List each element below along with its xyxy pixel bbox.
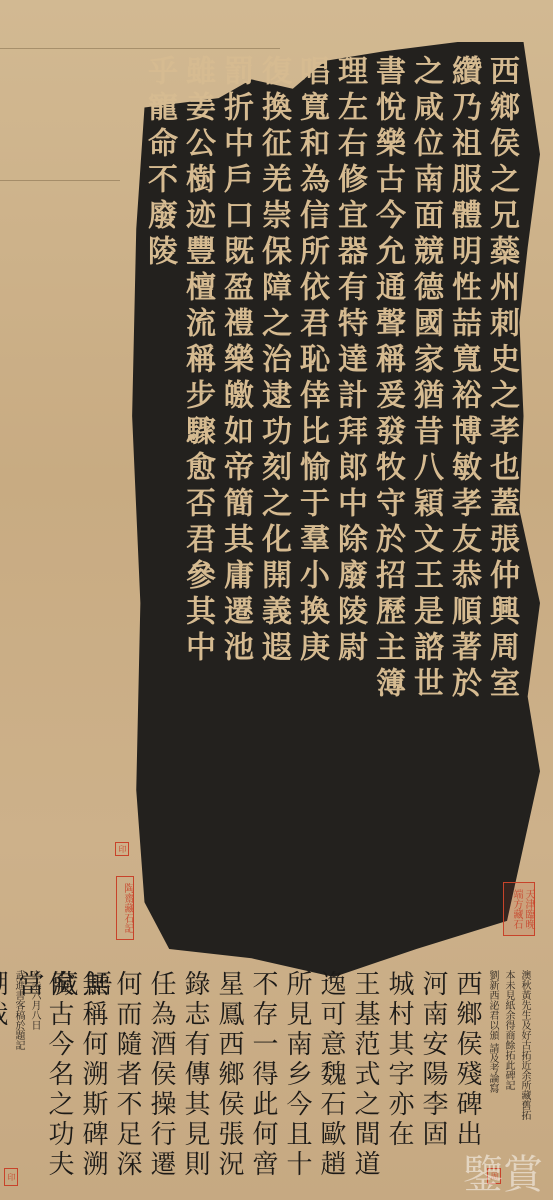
paper-crease [0,180,120,181]
stele-column: 復換征羌崇保障之治逮功刻之化開義遐 [256,55,292,775]
colophon-column: 河南安陽李固 [418,970,448,1195]
small-seal-left: 印 [115,842,129,856]
signature-seal: 印 [4,1168,18,1186]
colophon-column: 任為酒侯操行遷 [146,970,176,1195]
colophon-column: 錄志有傳其見則 [180,970,210,1195]
stele-column: 理左右修宜器有特達計拜郎中除廢陵尉 [332,55,368,775]
paper-crease [0,48,280,49]
colophon-column: 城村其字亦在 [384,970,414,1195]
stele-column: 纘乃祖服體明性喆寬裕博敏孝友恭順著於 [446,55,482,775]
colophon-column: 不存一得此何啻 [248,970,278,1195]
date-line: 辛未六月八日 [28,970,40,1195]
stele-column: 罰折中戶口既盈禮樂皦如帝簡其庸遷池 [218,55,254,775]
stele-column: 書悅樂古今允通聲稱爰發牧守於招歷主簿 [370,55,406,775]
colophon-column: 星鳳西鄉侯張況 [214,970,244,1195]
watermark: 鑒賞 [463,1143,543,1200]
colophon-column: 俟古今名之功夫當 [44,970,74,1195]
colophon-column: 所見南乡今且十 [282,970,312,1195]
colophon-column: 逸可意魏石歐趙 [316,970,346,1195]
stele-column: 之咸位南面競德國家猶昔八穎文王是諮世 [408,55,444,775]
colophon: 澳秋黃先生及好古拓近余所藏舊拓 本未見紙余得商餘拓此碑記 劉新西泌君以頒 請及考… [10,970,530,1195]
colophon-column: 王基范式之間道 [350,970,380,1195]
date-line: 武進書客稿於題記 [12,970,24,1195]
collector-seal-left: 陶齋藏石記 [116,876,134,940]
stele-text: 西鄉侯之兄蘂州刺史之孝也蓋張仲興周室 纘乃祖服體明性喆寬裕博敏孝友恭順著於 之咸… [140,55,520,775]
stele-column: 乎寵命不廢陵 [142,55,178,775]
colophon-column: 無稱何溯斯碑溯藏 [78,970,108,1195]
collector-seal-right: 天津臨晚 端方藏石 [503,882,535,936]
stele-column: 西鄉侯之兄蘂州刺史之孝也蓋張仲興周室 [484,55,520,775]
stele-column: 雖姜公樹迹豐檀流稱步驟愈否君參其中 [180,55,216,775]
stele-column: 唱寬和為信所依君恥倖比愉于羣小換庚 [294,55,330,775]
colophon-column: 溯哉 [0,970,8,1195]
colophon-column: 何而隨者不足深語 [112,970,142,1195]
